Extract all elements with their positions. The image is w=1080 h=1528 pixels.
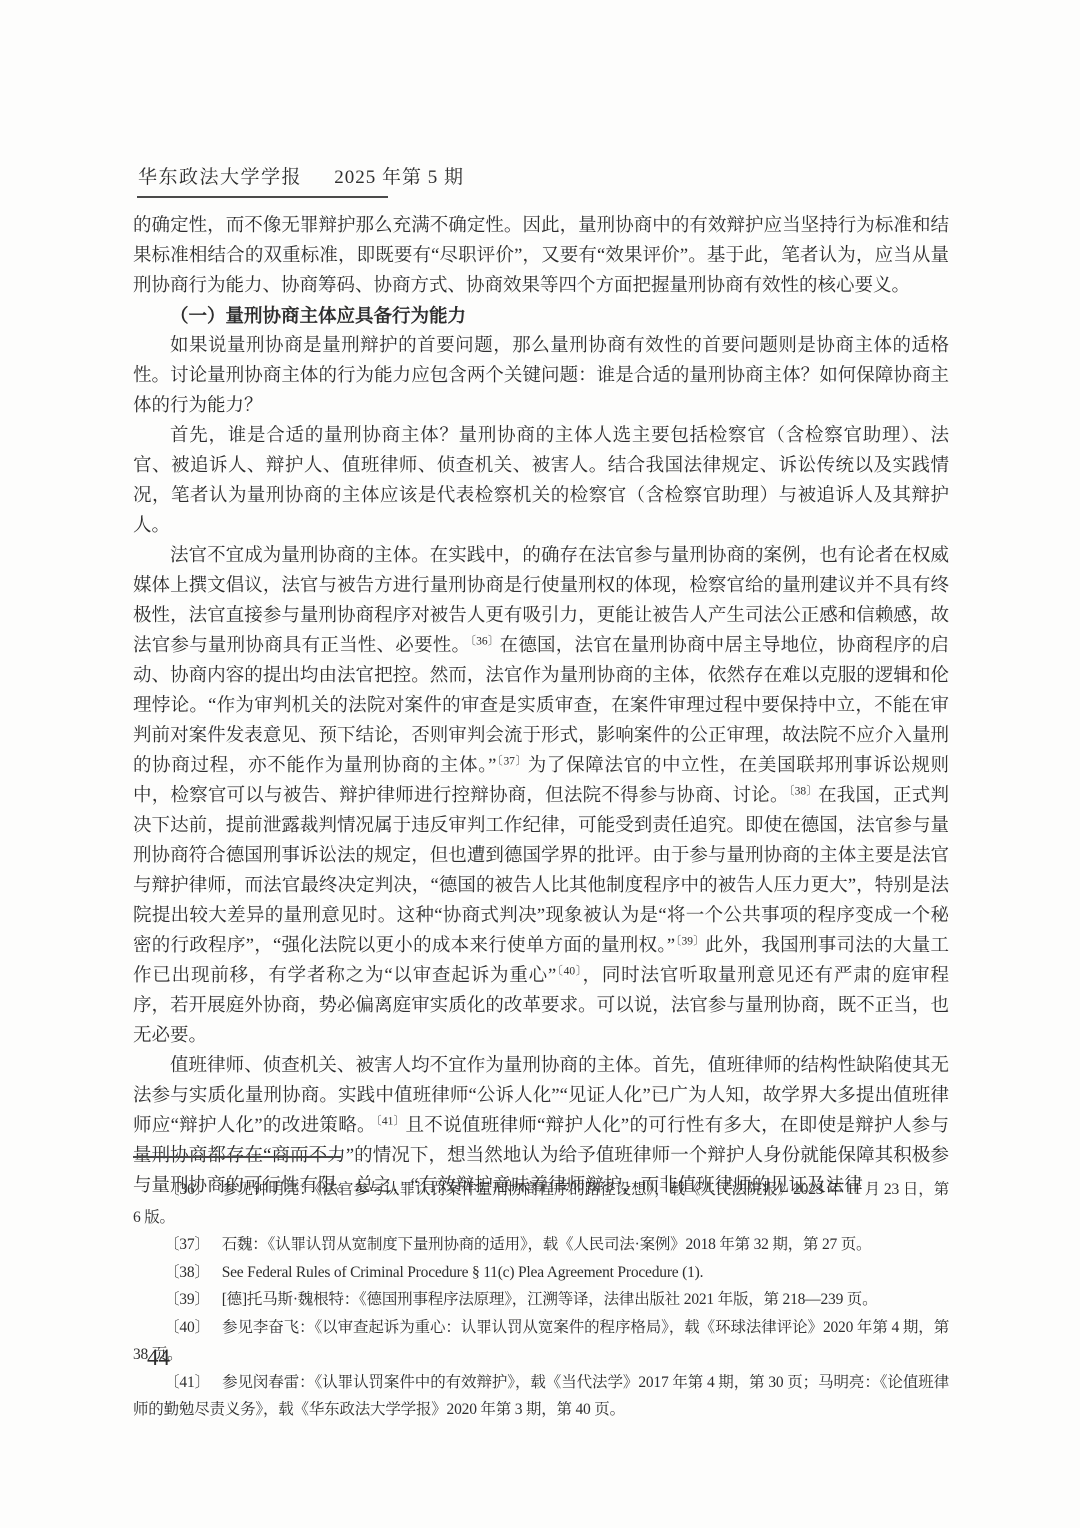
- footnote-number: 〔36〕: [164, 1181, 210, 1198]
- body-paragraph: 首先，谁是合适的量刑协商主体？量刑协商的主体人选主要包括检察官（含检察官助理）、…: [133, 421, 949, 541]
- footnote-item: 〔39〕[德]托马斯·魏根特：《德国刑事程序法原理》，江溯等译，法律出版社 20…: [133, 1286, 949, 1314]
- footnote-item: 〔36〕参见钟明亮：《法官参与认罪认罚案件量刑协商程序的路径设想》，载《人民法院…: [133, 1176, 949, 1231]
- footnote-item: 〔41〕参见闵春雷：《认罪认罚案件中的有效辩护》，载《当代法学》2017 年第 …: [133, 1369, 949, 1424]
- footnote-marker: 〔41〕: [376, 1116, 406, 1128]
- footnote-number: 〔38〕: [164, 1264, 210, 1281]
- footnote-number: 〔39〕: [164, 1291, 210, 1308]
- footnote-marker: 〔36〕: [470, 636, 499, 648]
- body-paragraph: 的确定性，而不像无罪辩护那么充满不确定性。因此，量刑协商中的有效辩护应当坚持行为…: [133, 211, 949, 301]
- running-head-underline: [137, 196, 388, 198]
- footnote-marker: 〔39〕: [675, 936, 705, 948]
- footnote-item: 〔38〕See Federal Rules of Criminal Proced…: [133, 1259, 949, 1287]
- footnote-marker: 〔37〕: [496, 756, 527, 768]
- footnote-number: 〔41〕: [164, 1374, 210, 1391]
- footnote-number: 〔40〕: [164, 1319, 210, 1336]
- footnote-divider: [133, 1156, 341, 1158]
- footnote-number: 〔37〕: [164, 1236, 210, 1253]
- footnote-section: 〔36〕参见钟明亮：《法官参与认罪认罚案件量刑协商程序的路径设想》，载《人民法院…: [133, 1176, 949, 1424]
- footnote-item: 〔40〕参见李奋飞：《以审查起诉为重心：认罪认罚从宽案件的程序格局》，载《环球法…: [133, 1314, 949, 1369]
- section-heading: （一）量刑协商主体应具备行为能力: [133, 301, 949, 331]
- footnote-item: 〔37〕石魏：《认罪认罚从宽制度下量刑协商的适用》，载《人民司法·案例》2018…: [133, 1231, 949, 1259]
- footnote-marker: 〔40〕: [556, 966, 582, 978]
- body-paragraph: 如果说量刑协商是量刑辩护的首要问题，那么量刑协商有效性的首要问题则是协商主体的适…: [133, 331, 949, 421]
- footnote-marker: 〔38〕: [789, 786, 818, 798]
- journal-title: 华东政法大学学报: [138, 167, 302, 188]
- body-paragraph: 法官不宜成为量刑协商的主体。在实践中，的确存在法官参与量刑协商的案例，也有论者在…: [133, 541, 949, 1051]
- issue-label: 2025 年第 5 期: [334, 167, 464, 188]
- article-body: 的确定性，而不像无罪辩护那么充满不确定性。因此，量刑协商中的有效辩护应当坚持行为…: [133, 211, 949, 1201]
- page-number: 44: [147, 1345, 170, 1371]
- journal-page: 华东政法大学学报 2025 年第 5 期 的确定性，而不像无罪辩护那么充满不确定…: [0, 0, 1080, 1528]
- running-head: 华东政法大学学报 2025 年第 5 期: [138, 162, 464, 189]
